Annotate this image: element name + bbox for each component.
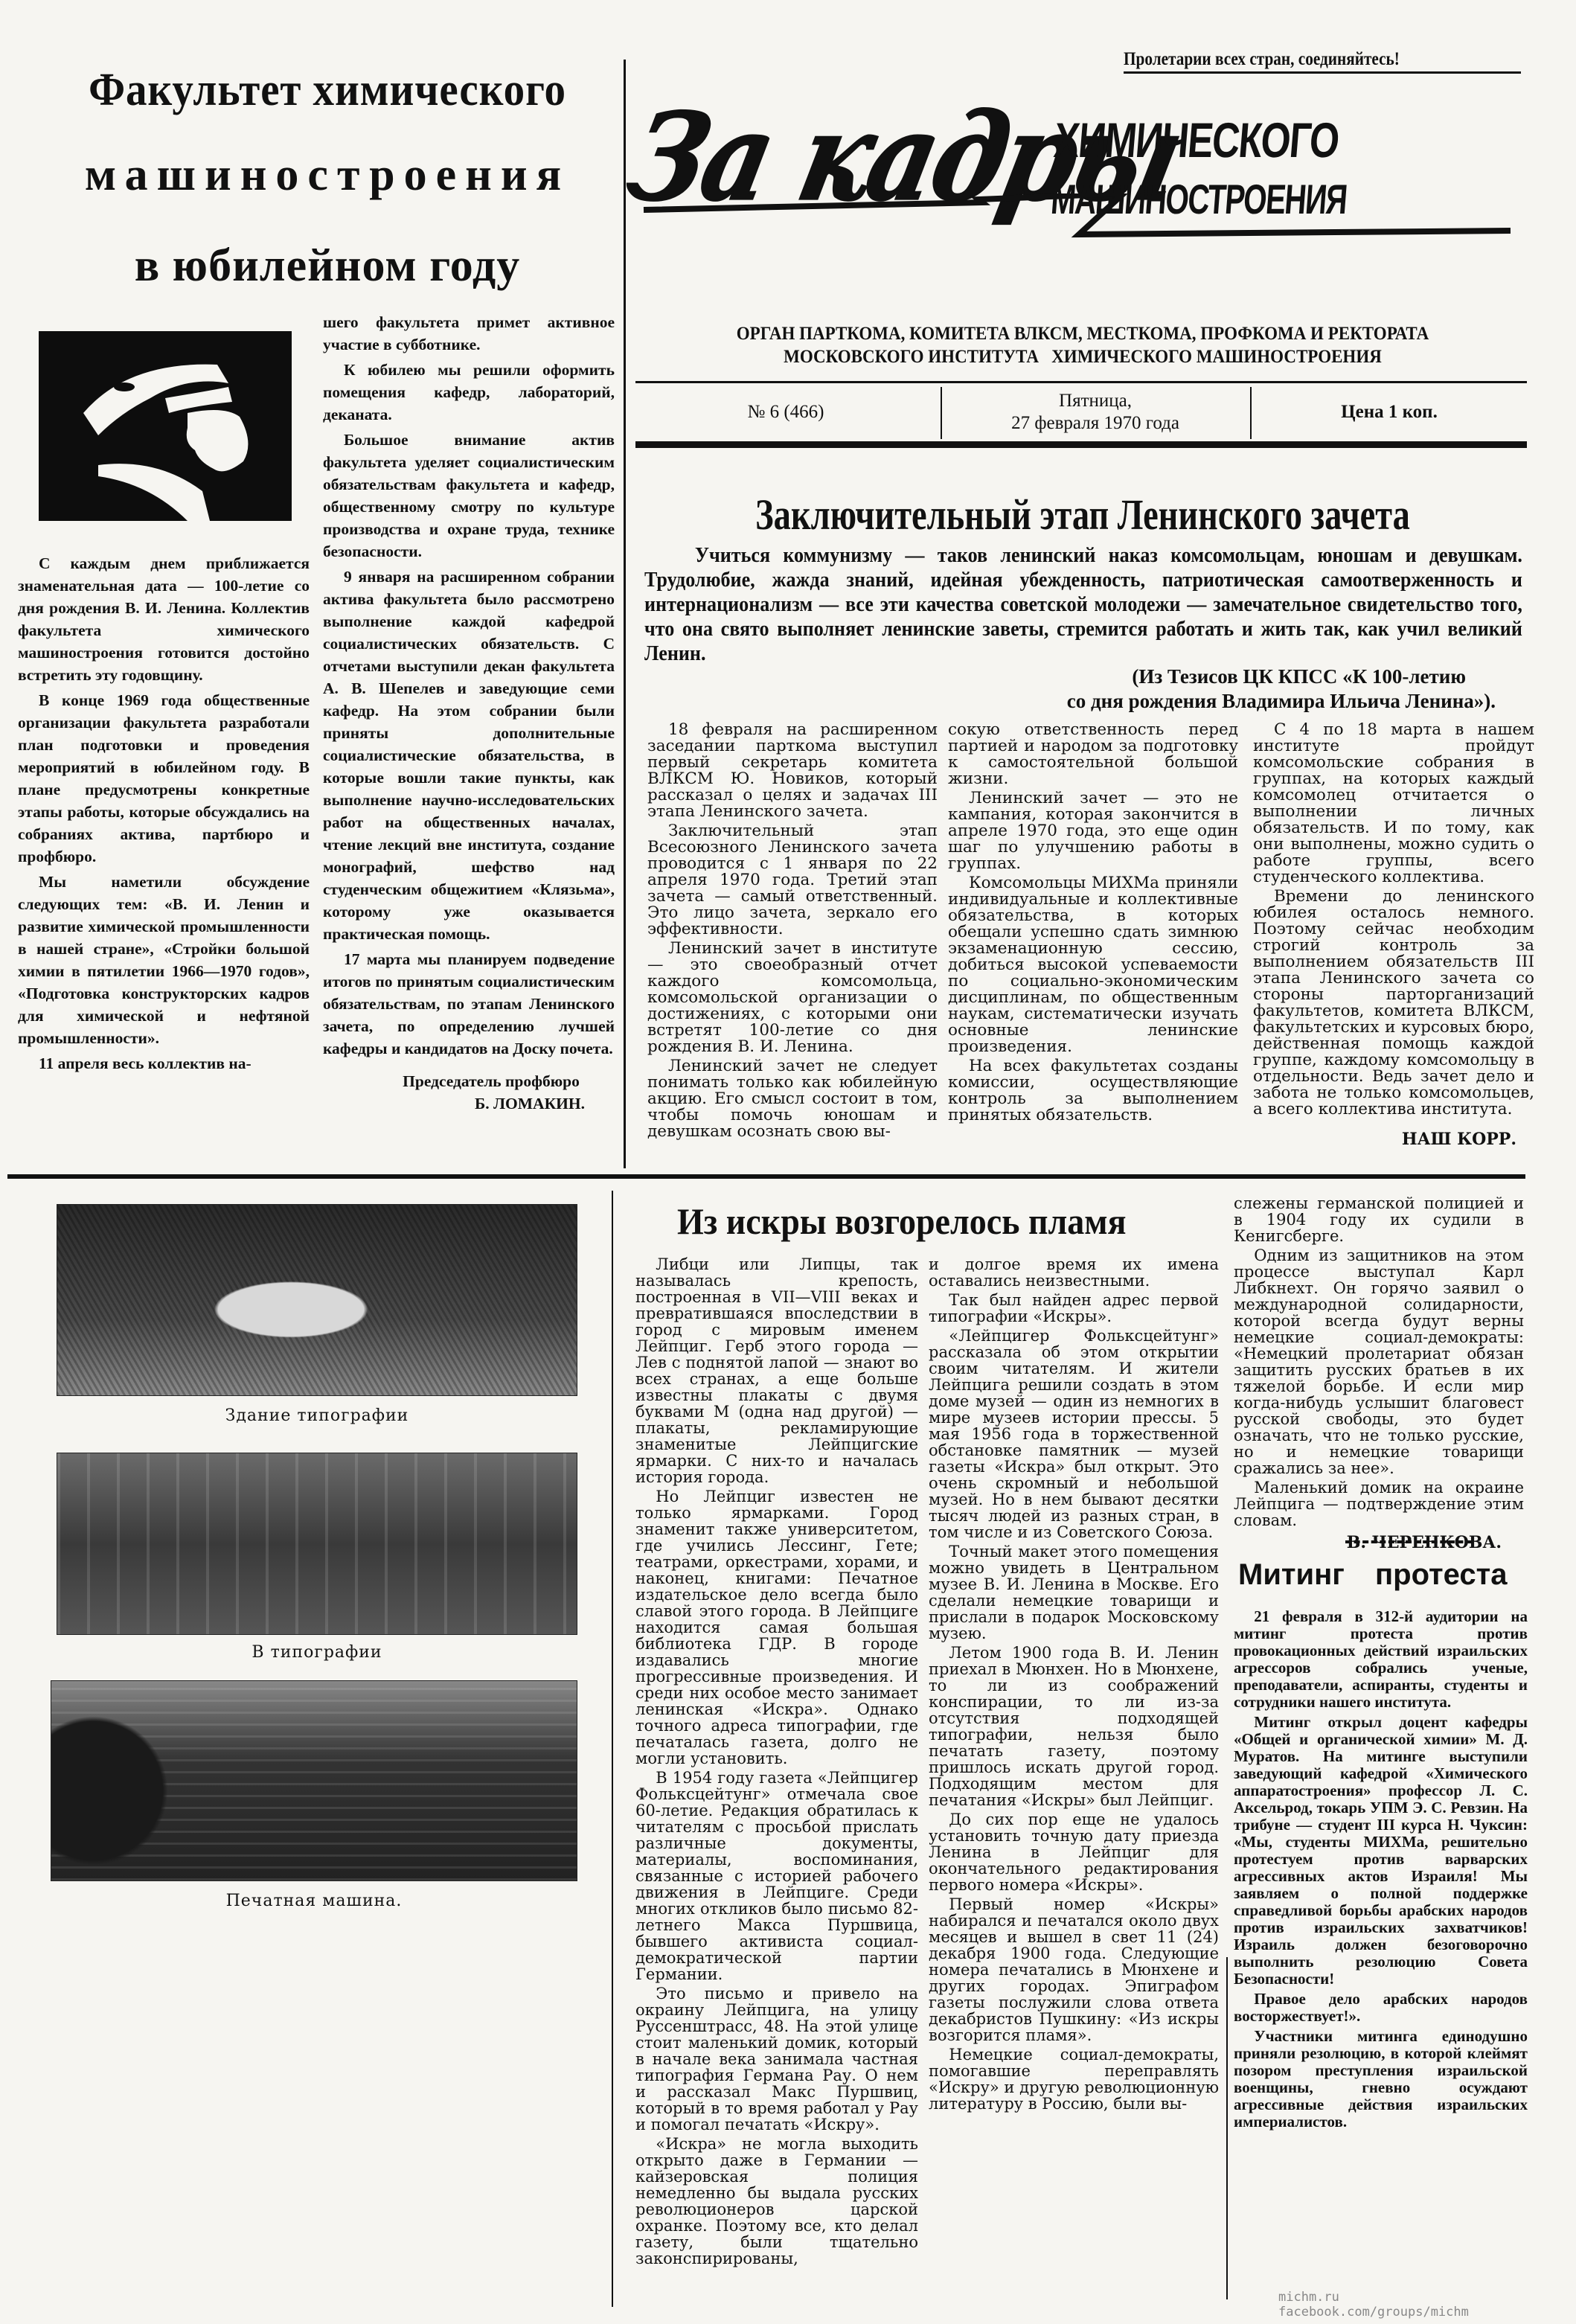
masthead-rule-top bbox=[635, 381, 1527, 383]
paragraph: шего факультета примет активное участие … bbox=[323, 311, 615, 356]
paragraph: Точный макет этого помещения можно увиде… bbox=[929, 1543, 1219, 1642]
slogan-underline bbox=[1124, 71, 1521, 74]
photo-caption: В типографии bbox=[57, 1643, 577, 1662]
iskra-col2: и долгое время их имена оставались неизв… bbox=[929, 1256, 1219, 2115]
photo-caption: Печатная машина. bbox=[51, 1892, 577, 1910]
left-article: Факультет химического машиностроения в ю… bbox=[0, 0, 625, 1172]
paragraph: Первый номер «Искры» набирался и печатал… bbox=[929, 1896, 1219, 2043]
iskra-col3: слежены германской полицией и в 1904 год… bbox=[1234, 1195, 1524, 1551]
paragraph: «Искра» не могла выходить открыто даже в… bbox=[635, 2136, 918, 2267]
lenin-portrait-icon bbox=[39, 331, 292, 521]
paragraph: На всех факультетах созданы комиссии, ос… bbox=[948, 1058, 1238, 1124]
paragraph: Немецкие социал-демократы, помогавшие пе… bbox=[929, 2046, 1219, 2112]
paragraph: 9 января на расширенном собрании актива … bbox=[323, 566, 615, 945]
paragraph: Заключительный этап Всесоюзного Ленинско… bbox=[647, 823, 938, 938]
price: Цена 1 коп. bbox=[1252, 402, 1527, 423]
page-fold-rule bbox=[7, 1174, 1525, 1179]
paragraph: слежены германской полицией и в 1904 год… bbox=[1234, 1195, 1524, 1244]
issue-date: Пятница, 27 февраля 1970 года bbox=[942, 390, 1249, 435]
paragraph: К юбилею мы решили оформить помещения ка… bbox=[323, 359, 615, 426]
paragraph: В 1954 году газета «Лейпцигер Фолькcцейт… bbox=[635, 1770, 918, 1982]
lead-epigraph: Учиться коммунизму — таков ленинский нак… bbox=[644, 543, 1522, 666]
column-divider bbox=[612, 1191, 613, 2307]
photo-printing-house-building bbox=[57, 1204, 577, 1396]
paragraph: Участники митинга единодушно приняли рез… bbox=[1234, 2028, 1528, 2131]
paragraph: 17 марта мы планируем подведение итогов … bbox=[323, 948, 615, 1060]
masthead-title-line1: ХИМИЧЕСКОГО bbox=[1052, 112, 1341, 168]
paragraph: До сих пор еще не удалось установить точ… bbox=[929, 1811, 1219, 1893]
organ-line2: МОСКОВСКОГО ИНСТИТУТА ХИМИЧЕСКОГО МАШИНО… bbox=[668, 347, 1496, 368]
organ-line1: ОРГАН ПАРТКОМА, КОМИТЕТА ВЛКСМ, МЕСТКОМА… bbox=[668, 324, 1496, 345]
iskra-col1: Либци или Липцы, так называлась крепость… bbox=[635, 1256, 918, 2270]
masthead: Пролетарии всех стран, соединяйтесь! За … bbox=[632, 0, 1576, 454]
left-article-col1: С каждым днем приближается знаменательна… bbox=[18, 552, 310, 1078]
photo-printing-machine bbox=[51, 1680, 577, 1881]
paragraph: Митинг открыл доцент кафедры «Общей и ор… bbox=[1234, 1714, 1528, 1988]
separator bbox=[1345, 1540, 1472, 1543]
masthead-rule-bottom bbox=[635, 441, 1527, 448]
lead-signature: НАШ КОРР. bbox=[1253, 1131, 1534, 1147]
paragraph: Ленинский зачет в институте — это своеоб… bbox=[647, 941, 938, 1055]
weekday: Пятница, bbox=[942, 390, 1249, 412]
paragraph: Времени до ленинского юбилея осталось не… bbox=[1253, 889, 1534, 1118]
date: 27 февраля 1970 года bbox=[942, 412, 1249, 435]
signature-role: Председатель профбюро bbox=[323, 1070, 615, 1092]
protest-article: Митинг протеста 21 февраля в 312-й аудит… bbox=[1234, 1555, 1528, 2133]
source-line: (Из Тезисов ЦК КПСС «К 100-летию bbox=[632, 665, 1496, 689]
paragraph: Это письмо и привело на окраину Лейпцига… bbox=[635, 1985, 918, 2133]
paragraph: В конце 1969 года общественные организац… bbox=[18, 689, 310, 868]
paragraph: 21 февраля в 312-й аудитории на митинг п… bbox=[1234, 1608, 1528, 1711]
watermark-group: facebook.com/groups/michm bbox=[1278, 2305, 1469, 2320]
left-headline-line2: машиностроения bbox=[45, 149, 610, 202]
paragraph: Маленький домик на окраине Лейпцига — по… bbox=[1234, 1479, 1524, 1528]
lead-headline: Заключительный этап Ленинского зачета bbox=[723, 490, 1443, 540]
paragraph: Комсомольцы МИХМа приняли индивидуальные… bbox=[948, 875, 1238, 1055]
left-headline-line1: Факультет химического bbox=[67, 64, 587, 117]
paragraph: 18 февраля на расширенном заседании парт… bbox=[647, 722, 938, 820]
slogan: Пролетарии всех стран, соединяйтесь! bbox=[1124, 49, 1400, 70]
lead-col2: сокую ответственность перед партией и на… bbox=[948, 722, 1238, 1127]
paragraph: Летом 1900 года В. И. Ленин приехал в Мю… bbox=[929, 1645, 1219, 1808]
paragraph: Либци или Липцы, так называлась крепость… bbox=[635, 1256, 918, 1485]
iskra-headline: Из искры возгорелось пламя bbox=[677, 1200, 1127, 1243]
paragraph: Но Лейпциг известен не только ярмарками.… bbox=[635, 1488, 918, 1767]
column-divider bbox=[1226, 1957, 1228, 2299]
paragraph: Мы наметили обсуждение следующих тем: «В… bbox=[18, 871, 310, 1049]
paragraph: и долгое время их имена оставались неизв… bbox=[929, 1256, 1219, 1289]
lead-col1: 18 февраля на расширенном заседании парт… bbox=[647, 722, 938, 1143]
protest-body: 21 февраля в 312-й аудитории на митинг п… bbox=[1234, 1608, 1528, 2131]
iskra-article: Из искры возгорелось пламя Либци или Лип… bbox=[625, 1183, 1576, 2322]
paragraph: Ленинский зачет — это не кампания, котор… bbox=[948, 790, 1238, 872]
paragraph: 11 апреля весь коллектив на- bbox=[18, 1052, 310, 1075]
paragraph: Правое дело арабских народов восторжеств… bbox=[1234, 1991, 1528, 2025]
lead-article: Заключительный этап Ленинского зачета Уч… bbox=[632, 454, 1576, 1168]
lead-col3: С 4 по 18 марта в нашем институте пройду… bbox=[1253, 722, 1534, 1147]
left-article-col2: шего факультета примет активное участие … bbox=[323, 311, 615, 1115]
watermark-site: michm.ru bbox=[1278, 2290, 1469, 2305]
photo-inside-printing-house bbox=[57, 1453, 577, 1635]
paragraph: Одним из защитников на этом процессе выс… bbox=[1234, 1247, 1524, 1476]
issue-number: № 6 (466) bbox=[632, 402, 939, 423]
photo-caption: Здание типографии bbox=[57, 1406, 577, 1425]
paragraph: С каждым днем приближается знаменательна… bbox=[18, 552, 310, 686]
watermark: michm.ru facebook.com/groups/michm bbox=[1278, 2290, 1469, 2320]
source-line: со дня рождения Владимира Ильича Ленина»… bbox=[632, 689, 1496, 714]
signature-name: Б. ЛОМАКИН. bbox=[323, 1092, 615, 1115]
lenin-portrait bbox=[39, 331, 292, 521]
paragraph: сокую ответственность перед партией и на… bbox=[948, 722, 1238, 787]
paragraph: Большое внимание актив факультета уделяе… bbox=[323, 429, 615, 563]
masthead-underline-icon bbox=[640, 193, 1518, 246]
paragraph: «Лейпцигер Фолькcцейтунг» рассказала об … bbox=[929, 1328, 1219, 1540]
paragraph: Так был найден адрес первой типографии «… bbox=[929, 1292, 1219, 1325]
protest-headline: Митинг протеста bbox=[1238, 1558, 1528, 1592]
epigraph-source: (Из Тезисов ЦК КПСС «К 100-летию со дня … bbox=[632, 665, 1496, 714]
photo-column: Здание типографии В типографии Печатная … bbox=[0, 1183, 618, 2322]
left-headline-line3: в юбилейном году bbox=[45, 240, 610, 292]
paragraph: Ленинский зачет не следует понимать толь… bbox=[647, 1058, 938, 1140]
paragraph: С 4 по 18 марта в нашем институте пройду… bbox=[1253, 722, 1534, 886]
